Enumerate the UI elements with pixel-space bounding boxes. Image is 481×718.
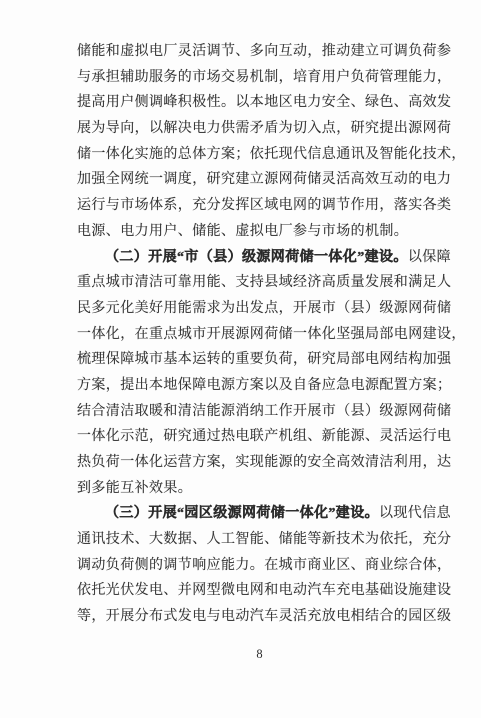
text-run: 通讯技术、大数据、人工智能、储能等新技术为依托，充分 (77, 532, 451, 547)
text-run: 重点城市清洁可靠用能、支持县域经济高质量发展和满足人 (77, 275, 451, 290)
text-line: 到多能互补效果。 (77, 476, 442, 502)
text-run: 调动负荷侧的调节响应能力。在城市商业区、商业综合体， (77, 558, 451, 573)
text-line: （三）开展“园区级源网荷储一体化”建设。以现代信息 (77, 501, 442, 527)
text-run: 方案，提出本地保障电源方案以及自备应急电源配置方案； (77, 378, 451, 393)
text-run: 以保障 (408, 250, 451, 265)
heading-run: （二）开展“市（县）级源网荷储一体化”建设。 (105, 250, 408, 265)
text-run: 加强全网统一调度，研究建立源网荷储灵活高效互动的电力 (77, 172, 451, 187)
text-run: 热负荷一体化运营方案，实现能源的安全高效清洁利用，达 (77, 455, 451, 470)
text-line: 储能和虚拟电厂灵活调节、多向互动，推动建立可调负荷参 (77, 39, 442, 65)
text-line: 依托光伏发电、并网型微电网和电动汽车充电基础设施建设 (77, 578, 442, 604)
text-line: 民多元化美好用能需求为出发点，开展市（县）级源网荷储 (77, 296, 442, 322)
text-line: 一体化，在重点城市开展源网荷储一体化坚强局部电网建设， (77, 322, 442, 348)
text-line: 通讯技术、大数据、人工智能、储能等新技术为依托，充分 (77, 527, 442, 553)
text-run: 储能和虚拟电厂灵活调节、多向互动，推动建立可调负荷参 (77, 44, 451, 59)
text-line: 梳理保障城市基本运转的重要负荷，研究局部电网结构加强 (77, 347, 442, 373)
document-body: 储能和虚拟电厂灵活调节、多向互动，推动建立可调负荷参与承担辅助服务的市场交易机制… (77, 39, 442, 630)
text-run: 与承担辅助服务的市场交易机制，培育用户负荷管理能力， (77, 70, 451, 85)
text-line: 储一体化实施的总体方案；依托现代信息通讯及智能化技术， (77, 142, 442, 168)
text-run: 民多元化美好用能需求为出发点，开展市（县）级源网荷储 (77, 301, 451, 316)
text-run: 结合清洁取暖和清洁能源消纳工作开展市（县）级源网荷储 (77, 404, 451, 419)
text-line: 与承担辅助服务的市场交易机制，培育用户负荷管理能力， (77, 65, 442, 91)
paragraph: （二）开展“市（县）级源网荷储一体化”建设。以保障重点城市清洁可靠用能、支持县域… (77, 245, 442, 502)
text-run: 到多能互补效果。 (77, 481, 192, 496)
paragraph: （三）开展“园区级源网荷储一体化”建设。以现代信息通讯技术、大数据、人工智能、储… (77, 501, 442, 629)
text-run: 梳理保障城市基本运转的重要负荷，研究局部电网结构加强 (77, 352, 451, 367)
text-line: 电源、电力用户、储能、虚拟电厂参与市场的机制。 (77, 219, 442, 245)
text-line: 等，开展分布式发电与电动汽车灵活充放电相结合的园区级 (77, 604, 442, 630)
text-run: 展为导向，以解决电力供需矛盾为切入点，研究提出源网荷 (77, 121, 451, 136)
text-run: 储一体化实施的总体方案；依托现代信息通讯及智能化技术， (77, 147, 466, 162)
text-line: 一体化示范，研究通过热电联产机组、新能源、灵活运行电 (77, 424, 442, 450)
text-run: 以现代信息 (379, 506, 451, 521)
text-line: 调动负荷侧的调节响应能力。在城市商业区、商业综合体， (77, 553, 442, 579)
text-run: 运行与市场体系，充分发挥区域电网的调节作用，落实各类 (77, 198, 451, 213)
text-line: 方案，提出本地保障电源方案以及自备应急电源配置方案； (77, 373, 442, 399)
text-line: 展为导向，以解决电力供需矛盾为切入点，研究提出源网荷 (77, 116, 442, 142)
paragraph: 储能和虚拟电厂灵活调节、多向互动，推动建立可调负荷参与承担辅助服务的市场交易机制… (77, 39, 442, 245)
document-page: 储能和虚拟电厂灵活调节、多向互动，推动建立可调负荷参与承担辅助服务的市场交易机制… (0, 0, 481, 718)
text-run: 一体化示范，研究通过热电联产机组、新能源、灵活运行电 (77, 429, 451, 444)
text-line: 热负荷一体化运营方案，实现能源的安全高效清洁利用，达 (77, 450, 442, 476)
text-line: 重点城市清洁可靠用能、支持县域经济高质量发展和满足人 (77, 270, 442, 296)
text-line: 加强全网统一调度，研究建立源网荷储灵活高效互动的电力 (77, 167, 442, 193)
text-line: 运行与市场体系，充分发挥区域电网的调节作用，落实各类 (77, 193, 442, 219)
text-run: 提高用户侧调峰积极性。以本地区电力安全、绿色、高效发 (77, 95, 451, 110)
text-run: 依托光伏发电、并网型微电网和电动汽车充电基础设施建设 (77, 583, 451, 598)
heading-run: （三）开展“园区级源网荷储一体化”建设。 (105, 506, 379, 521)
text-run: 一体化，在重点城市开展源网荷储一体化坚强局部电网建设， (77, 327, 466, 342)
text-run: 电源、电力用户、储能、虚拟电厂参与市场的机制。 (77, 224, 408, 239)
text-line: （二）开展“市（县）级源网荷储一体化”建设。以保障 (77, 245, 442, 271)
page-number: 8 (77, 647, 442, 662)
text-line: 结合清洁取暖和清洁能源消纳工作开展市（县）级源网荷储 (77, 399, 442, 425)
text-run: 等，开展分布式发电与电动汽车灵活充放电相结合的园区级 (77, 609, 451, 624)
text-line: 提高用户侧调峰积极性。以本地区电力安全、绿色、高效发 (77, 90, 442, 116)
